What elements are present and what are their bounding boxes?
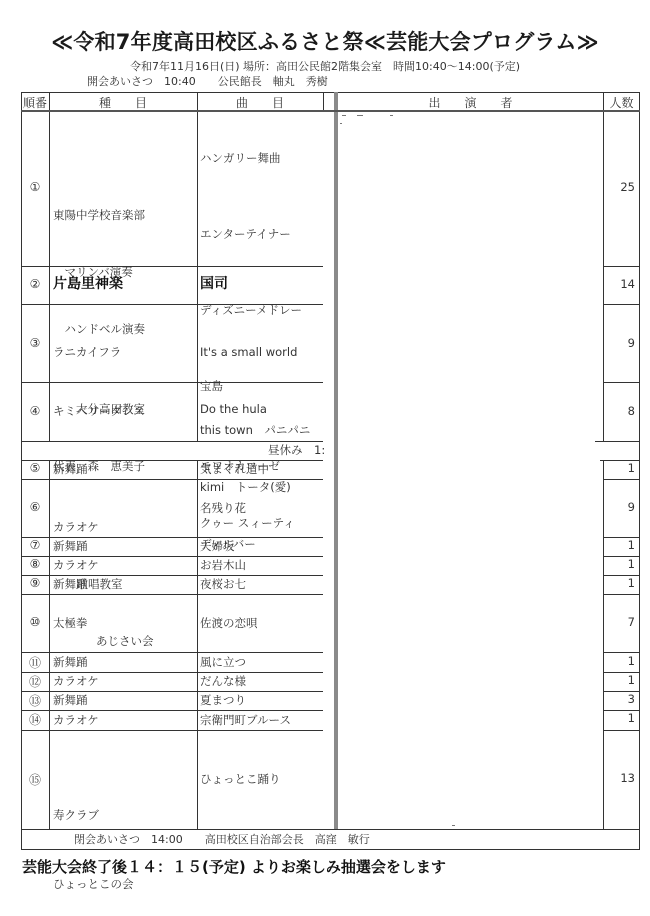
row-divider (603, 594, 640, 595)
row-divider (21, 730, 323, 731)
row-category: カラオケ (53, 672, 99, 691)
row-number: ④ (21, 404, 49, 418)
header-order: 順番 (21, 94, 49, 111)
row-number: ⑤ (21, 461, 49, 475)
row-category: 新舞踊 (53, 460, 88, 479)
row-number: ⑬ (21, 692, 49, 709)
row-divider (603, 479, 640, 480)
row-number: ⑩ (21, 615, 49, 629)
row-category: 片島里神楽 (53, 275, 123, 294)
row-count: 13 (603, 771, 635, 785)
row-category: 新舞踊 (53, 537, 88, 556)
row-count: 1 (603, 538, 635, 552)
row-songs: 風に立つ (200, 653, 246, 672)
row-count: 9 (603, 336, 635, 350)
column-divider (323, 92, 324, 110)
category-line: あじさい会 (53, 632, 154, 651)
row-number: ⑮ (21, 771, 49, 788)
row-number: ③ (21, 336, 49, 350)
category-line: 寿クラブ (53, 804, 134, 827)
row-count: 7 (603, 615, 635, 629)
song-line: kimi トータ(愛) (200, 478, 310, 497)
row-number: ① (21, 180, 49, 194)
scan-speck (340, 123, 342, 124)
category-line: 東陽中学校音楽部 (53, 206, 145, 225)
row-number: ② (21, 277, 49, 291)
row-songs: 気まぐれ道中 (200, 460, 269, 479)
row-songs: 夫婦坂 (200, 537, 235, 556)
scan-speck (342, 115, 346, 116)
song-line: It's a small world (200, 343, 297, 362)
row-count: 25 (603, 180, 635, 194)
row-divider (603, 730, 640, 731)
song-line: ハンガリー舞曲 (200, 149, 302, 187)
header-performers: 出 演 者 (338, 94, 603, 111)
row-number: ⑫ (21, 673, 49, 690)
scan-speck (357, 115, 363, 116)
row-count: 1 (603, 576, 635, 590)
row-count: 9 (603, 500, 635, 514)
header-category: 種 目 (49, 94, 197, 111)
row-category: キミベリーダンス (53, 402, 145, 421)
column-divider (197, 460, 198, 830)
row-count: 1 (603, 711, 635, 725)
row-divider (595, 441, 640, 442)
row-count: 1 (603, 461, 635, 475)
page-title: ≪令和7年度高田校区ふるさと祭≪芸能大会プログラム≫ (0, 26, 650, 56)
row-count: 1 (603, 557, 635, 571)
scan-speck (390, 115, 393, 116)
category-line: カラオケ (53, 518, 154, 537)
lunch-break: 昼休み 1: (268, 441, 324, 460)
song-line: this town パニパニ (200, 421, 310, 440)
row-number: ⑦ (21, 538, 49, 552)
row-count: 1 (603, 654, 635, 668)
row-count: 8 (603, 404, 635, 418)
row-category: 新舞踊 (53, 691, 88, 710)
row-count: 14 (603, 277, 635, 291)
row-category: カラオケ (53, 711, 99, 730)
lottery-announcement: 芸能大会終了後１４：１５(予定) よりお楽しみ抽選会をします (22, 856, 446, 877)
row-category: 太極拳 (53, 614, 88, 633)
column-divider (49, 460, 50, 830)
row-songs: 名残り花 (200, 499, 246, 518)
row-songs: ひょっとこ踊り (200, 770, 281, 789)
header-song: 曲 目 (197, 94, 323, 111)
row-songs: 夜桜お七 (200, 575, 246, 594)
row-category: カラオケ (53, 556, 99, 575)
row-number: ⑪ (21, 654, 49, 671)
row-songs: 国司 (200, 275, 228, 294)
row-number: ⑨ (21, 576, 49, 590)
header-count: 人数 (603, 94, 640, 111)
row-number: ⑭ (21, 711, 49, 728)
row-category: 新舞踊 (53, 575, 88, 594)
row-divider (603, 304, 640, 305)
event-details: 令和7年11月16日(日) 場所：高田公民館2階集会室 時間10:40～14:0… (0, 58, 650, 74)
row-songs: 佐渡の恋唄 (200, 614, 258, 633)
row-divider (603, 382, 640, 383)
scan-speck (452, 825, 455, 826)
row-count: 3 (603, 692, 635, 706)
category-line: ラニカイフラ (53, 343, 145, 362)
row-category: 新舞踊 (53, 653, 88, 672)
row-number: ⑥ (21, 500, 49, 514)
opening-remarks: 開会あいさつ 10:40 公民館長 軸丸 秀樹 (87, 73, 328, 89)
row-divider (603, 266, 640, 267)
row-songs: 夏まつり (200, 691, 246, 710)
row-divider (603, 652, 640, 653)
row-songs: 宗衛門町ブルース (200, 711, 291, 730)
row-songs: だんな様 (200, 672, 246, 691)
row-number: ⑧ (21, 557, 49, 571)
song-line: エンターテイナー (200, 225, 302, 263)
row-count: 1 (603, 673, 635, 687)
row-songs: お岩木山 (200, 556, 246, 575)
performers-column-border (334, 92, 338, 830)
closing-remarks: 閉会あいさつ 14:00 高田校区自治部会長 高窪 敏行 (74, 830, 370, 849)
